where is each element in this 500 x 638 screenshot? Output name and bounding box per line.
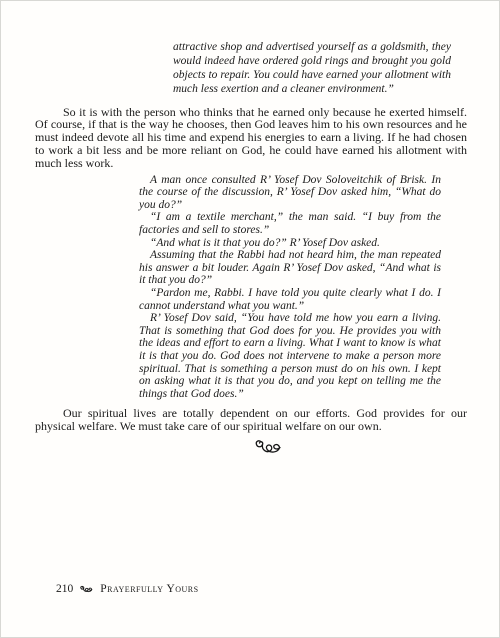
closing-paragraph: Our spiritual lives are totally dependen… (35, 407, 467, 433)
running-book-title: Prayerfully Yours (100, 583, 198, 595)
footer-fleuron-icon (80, 585, 93, 593)
story-paragraph: “Pardon me, Rabbi. I have told you quite… (139, 287, 441, 312)
book-page: attractive shop and advertised yourself … (0, 0, 500, 638)
top-quote-text: attractive shop and advertised yourself … (173, 41, 451, 97)
page-content: attractive shop and advertised yourself … (35, 41, 467, 460)
top-quote-block: attractive shop and advertised yourself … (173, 41, 451, 97)
story-paragraph: “I am a textile merchant,” the man said.… (139, 211, 441, 236)
story-quote-block: A man once consulted R’ Yosef Dov Solove… (139, 174, 441, 401)
story-paragraph: A man once consulted R’ Yosef Dov Solove… (139, 174, 441, 212)
story-paragraph: “And what is it that you do?” R’ Yosef D… (139, 237, 441, 250)
page-number: 210 (56, 583, 73, 595)
story-paragraph: R’ Yosef Dov said, “You have told me how… (139, 312, 441, 400)
flourish-ornament-icon (255, 438, 282, 455)
page-footer: 210 Prayerfully Yours (56, 583, 199, 595)
section-end-ornament (35, 438, 467, 460)
story-paragraph: Assuming that the Rabbi had not heard hi… (139, 249, 441, 287)
intro-paragraph: So it is with the person who thinks that… (35, 106, 467, 170)
